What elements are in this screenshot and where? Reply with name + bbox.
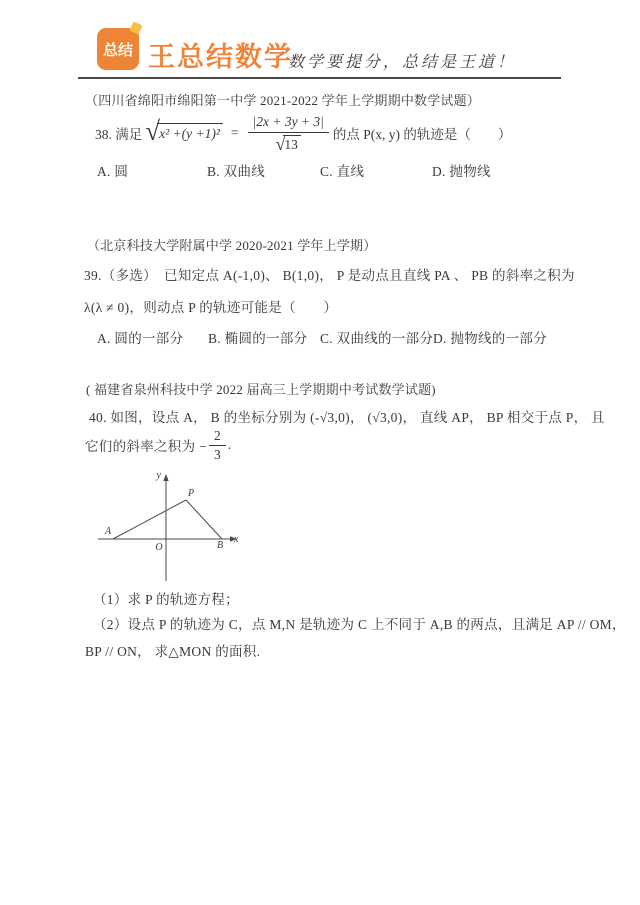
q38-fraction-denominator: √ 13 — [276, 133, 301, 153]
brand-slogan: 数学要提分，总结是王道！ — [288, 49, 516, 72]
q39-stem-line1: 39.（多选） 已知定点 A(-1,0)、 B(1,0)， P 是动点且直线 P… — [84, 264, 575, 284]
q38-fraction-numerator: |2x + 3y + 3| — [248, 114, 329, 133]
point-b-label: B — [217, 540, 223, 551]
q40-fraction-denominator: 3 — [214, 446, 221, 463]
q39-source: （北京科技大学附属中学 2020-2021 学年上学期） — [87, 235, 376, 254]
equals-sign: = — [231, 125, 239, 141]
q40-figure: y x O A B P — [85, 470, 240, 585]
brand-title: 王总结数学 — [148, 35, 293, 74]
q40-part1: （1）求 P 的轨迹方程； — [93, 588, 239, 608]
radical-sign: √ — [145, 119, 160, 143]
brand-logo-icon: 总结 — [97, 28, 139, 70]
point-a-label: A — [104, 526, 112, 537]
q40-source: ( 福建省泉州科技中学 2022 届高三上学期期中考试数学试题) — [86, 379, 436, 398]
q39-option-d: D. 抛物线的一部分 — [433, 327, 547, 347]
q39-stem-line2: λ(λ ≠ 0)，则动点 P 的轨迹可能是（ ） — [84, 296, 337, 316]
header-divider — [78, 77, 561, 79]
q38-stem-prefix: 38. 满足 — [95, 123, 142, 143]
q38-option-c: C. 直线 — [320, 160, 364, 180]
q40-stem-line2-suffix: . — [228, 437, 232, 453]
worksheet-page: 总结 王总结数学 数学要提分，总结是王道！ （四川省绵阳市绵阳第一中学 2021… — [0, 0, 640, 905]
q40-part2-line2: BP // ON， 求△MON 的面积. — [85, 640, 260, 660]
q38-stem-suffix: 的点 P(x, y) 的轨迹是（ ） — [333, 123, 512, 143]
q40-part2-line1: （2）设点 P 的轨迹为 C，点 M,N 是轨迹为 C 上不同于 A,B 的两点… — [93, 613, 626, 633]
q38-source: （四川省绵阳市绵阳第一中学 2021-2022 学年上学期期中数学试题） — [85, 90, 480, 109]
q38-option-d: D. 抛物线 — [432, 160, 491, 180]
q38-fraction: |2x + 3y + 3| √ 13 — [248, 114, 329, 153]
q39-option-c: C. 双曲线的一部分 — [320, 327, 433, 347]
brand-logo-icon-text: 总结 — [103, 39, 133, 60]
y-axis-label: y — [156, 470, 162, 481]
point-p-label: P — [187, 488, 194, 499]
q40-stem-line1: 40. 如图，设点 A， B 的坐标分别为 (-√3,0)， (√3,0)， 直… — [89, 406, 605, 426]
q38-den-radicand: 13 — [283, 135, 301, 153]
q40-stem-line2: 它们的斜率之积为 − 2 3 . — [85, 430, 231, 460]
origin-label: O — [155, 542, 162, 553]
y-axis-arrow-icon — [163, 474, 168, 481]
q38-sqrt-radicand: x² +(y +1)² — [157, 123, 223, 142]
q40-stem-line2-prefix: 它们的斜率之积为 − — [85, 435, 207, 455]
q39-option-b: B. 椭圆的一部分 — [208, 327, 307, 347]
segment-PB — [186, 500, 222, 539]
q38-option-b: B. 双曲线 — [207, 160, 265, 180]
q38-stem: 38. 满足 √ x² +(y +1)² = |2x + 3y + 3| √ 1… — [95, 112, 511, 154]
segment-AP — [113, 500, 186, 539]
q38-sqrt: √ x² +(y +1)² — [145, 121, 223, 145]
q38-option-a: A. 圆 — [97, 160, 128, 180]
q40-fraction-numerator: 2 — [209, 428, 226, 446]
x-axis-label: x — [233, 534, 239, 545]
q39-option-a: A. 圆的一部分 — [97, 327, 183, 347]
q40-fraction: 2 3 — [209, 428, 226, 463]
